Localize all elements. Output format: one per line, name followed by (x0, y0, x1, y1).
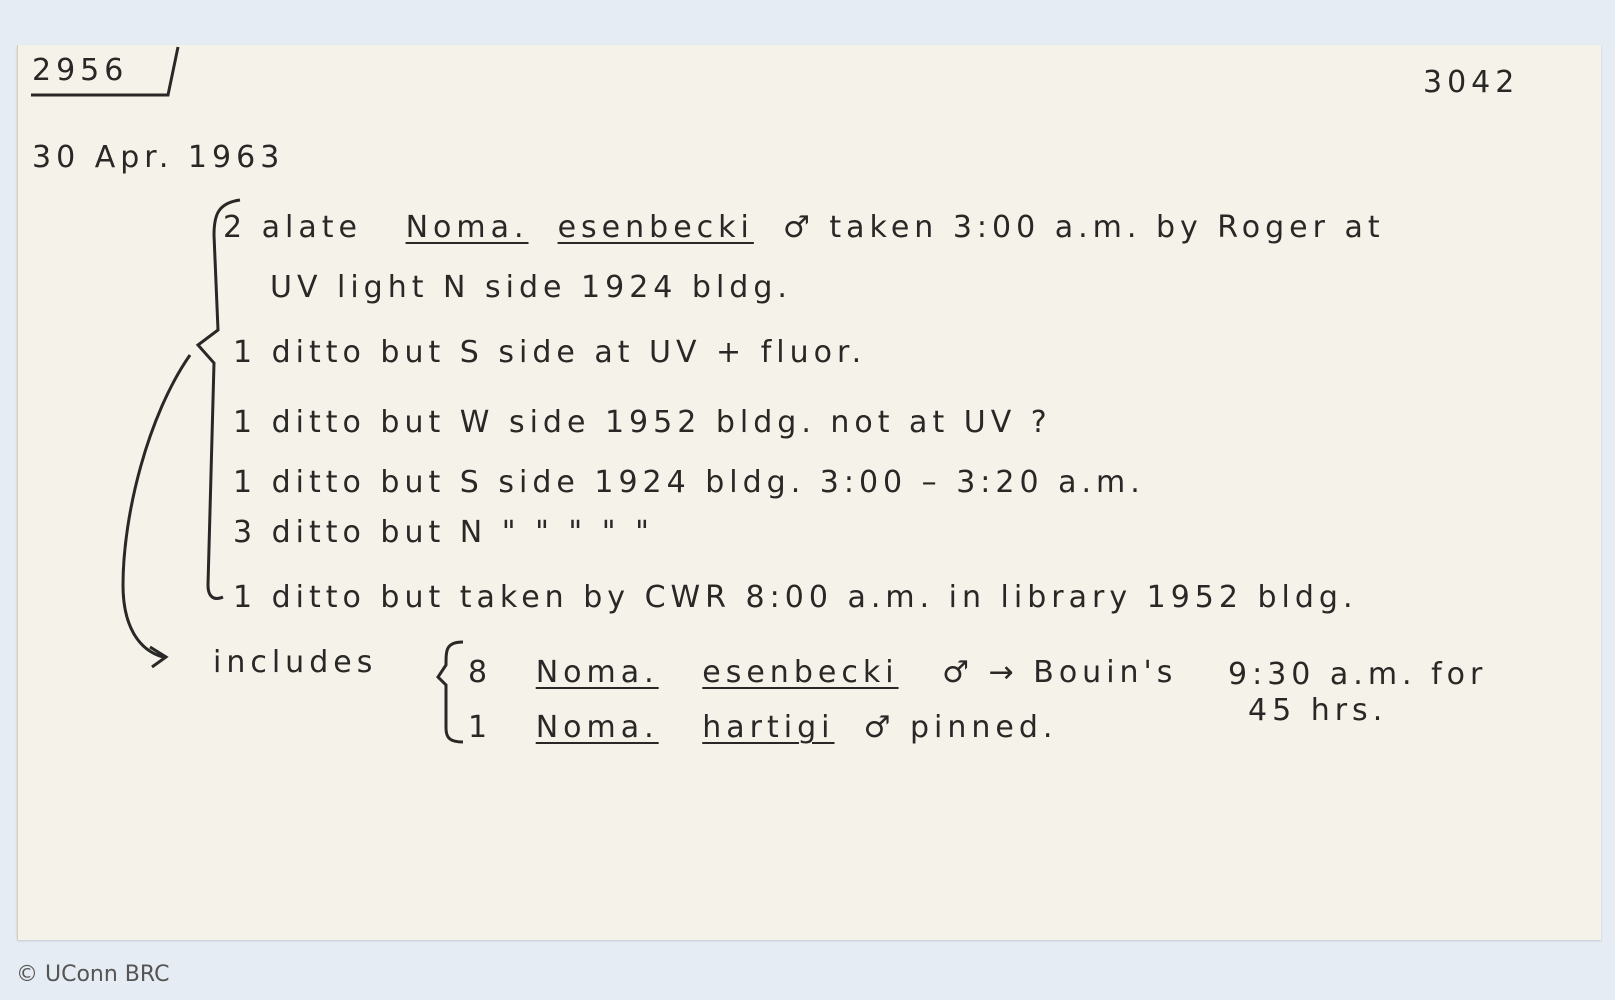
entry-4: 1 ditto but S side 1924 bldg. 3:00 – 3:2… (233, 465, 1145, 500)
includes-label: includes (213, 645, 377, 680)
entry-2: 1 ditto but S side at UV + fluor. (233, 335, 866, 370)
specimen-card: 2956 3042 30 Apr. 1963 2 alate Noma. ese… (17, 45, 1601, 940)
copyright-notice: © UConn BRC (16, 962, 169, 987)
record-number: 3042 (1423, 65, 1519, 100)
genus: Noma. (406, 210, 529, 245)
includes-side-note-2: 45 hrs. (1248, 693, 1387, 728)
entry-1-line-1: 2 alate Noma. esenbecki ♂ taken 3:00 a.m… (223, 210, 1385, 245)
entry-1-line-2: UV light N side 1924 bldg. (270, 270, 792, 305)
genus: Noma. (536, 710, 659, 745)
species: esenbecki (702, 655, 898, 690)
includes-item-2: 1 Noma. hartigi ♂ pinned. (468, 710, 1057, 745)
genus: Noma. (536, 655, 659, 690)
entry-3: 1 ditto but W side 1952 bldg. not at UV … (233, 405, 1052, 440)
species: esenbecki (558, 210, 754, 245)
entry-5: 3 ditto but N " " " " " (233, 515, 654, 550)
includes-item-1: 8 Noma. esenbecki ♂ → Bouin's (468, 655, 1177, 690)
catalog-number: 2956 (32, 53, 128, 88)
entry-6: 1 ditto but taken by CWR 8:00 a.m. in li… (233, 580, 1358, 615)
collection-date: 30 Apr. 1963 (32, 140, 284, 175)
species: hartigi (702, 710, 834, 745)
includes-side-note-1: 9:30 a.m. for (1228, 657, 1487, 692)
